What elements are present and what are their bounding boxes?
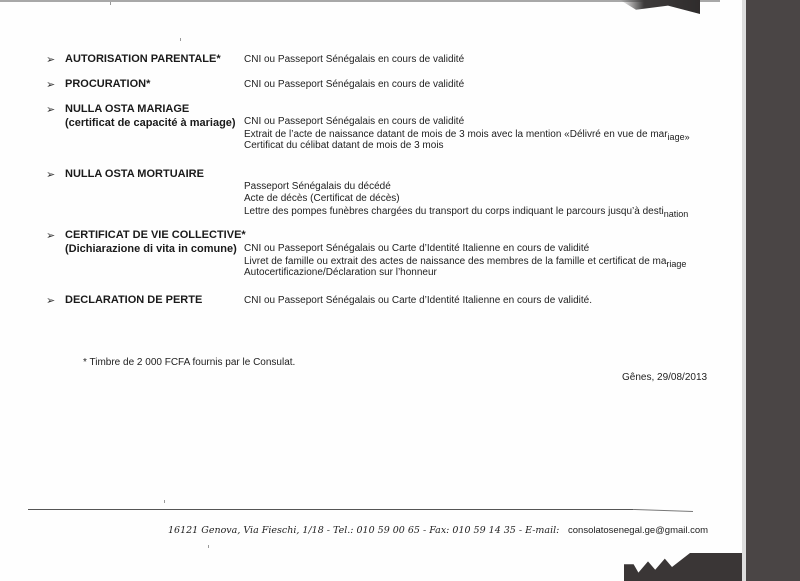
document-line: CNI ou Passeport Sénégalais ou Carte d’I… xyxy=(244,243,686,255)
date-value: 29/08/2013 xyxy=(657,372,707,383)
document-line: Passeport Sénégalais du décédé xyxy=(244,181,688,193)
document-line: CNI ou Passeport Sénégalais en cours de … xyxy=(244,54,464,66)
entry-title: PROCURATION* xyxy=(65,78,150,91)
entry-title: CERTIFICAT DE VIE COLLECTIVE* xyxy=(65,229,246,242)
page-edge-shadow xyxy=(742,0,746,581)
entry-subtitle: (certificat de capacité à mariage) xyxy=(65,117,236,130)
place-and-date: Gênes, 29/08/2013 xyxy=(622,372,707,383)
document-line: Livret de famille ou extrait des actes d… xyxy=(244,255,686,267)
entry-title: NULLA OSTA MORTUAIRE xyxy=(65,168,204,181)
scanned-page: ➢ AUTORISATION PARENTALE* CNI ou Passepo… xyxy=(0,0,743,581)
scanner-dark-border xyxy=(742,0,800,581)
date-city: Gênes, xyxy=(622,372,654,383)
footer-email: consolatosenegal.ge@gmail.com xyxy=(568,525,708,536)
arrow-bullet-icon: ➢ xyxy=(46,53,55,66)
required-documents: CNI ou Passeport Sénégalais en cours de … xyxy=(244,116,690,152)
required-documents: Passeport Sénégalais du décédé Acte de d… xyxy=(244,181,688,217)
document-line: Extrait de l’acte de naissance datant de… xyxy=(244,128,690,140)
required-documents: CNI ou Passeport Sénégalais ou Carte d’I… xyxy=(244,243,686,279)
arrow-bullet-icon: ➢ xyxy=(46,78,55,91)
required-documents: CNI ou Passeport Sénégalais en cours de … xyxy=(244,79,464,91)
document-line: Autocertificazione/Déclaration sur l’hon… xyxy=(244,267,686,279)
arrow-bullet-icon: ➢ xyxy=(46,103,55,116)
footer-divider-torn xyxy=(633,509,693,512)
required-documents: CNI ou Passeport Sénégalais ou Carte d’I… xyxy=(244,295,592,307)
document-line: CNI ou Passeport Sénégalais en cours de … xyxy=(244,116,690,128)
footer-contact: 16121 Genova, Via Fieschi, 1/18 - Tel.: … xyxy=(168,525,708,536)
arrow-bullet-icon: ➢ xyxy=(46,168,55,181)
entry-title: NULLA OSTA MARIAGE xyxy=(65,103,189,116)
document-line: Lettre des pompes funèbres chargées du t… xyxy=(244,205,688,217)
arrow-bullet-icon: ➢ xyxy=(46,229,55,242)
stamp-note: * Timbre de 2 000 FCFA fournis par le Co… xyxy=(83,357,295,368)
document-line: CNI ou Passeport Sénégalais en cours de … xyxy=(244,79,464,91)
document-line: Certificat du célibat datant de mois de … xyxy=(244,140,690,152)
footer-divider xyxy=(28,509,633,510)
entry-subtitle: (Dichiarazione di vita in comune) xyxy=(65,243,237,256)
footer-address: 16121 Genova, Via Fieschi, 1/18 - Tel.: … xyxy=(168,525,559,536)
document-line: Acte de décès (Certificat de décès) xyxy=(244,193,688,205)
required-documents: CNI ou Passeport Sénégalais en cours de … xyxy=(244,54,464,66)
entry-title: AUTORISATION PARENTALE* xyxy=(65,53,221,66)
arrow-bullet-icon: ➢ xyxy=(46,294,55,307)
document-line: CNI ou Passeport Sénégalais ou Carte d’I… xyxy=(244,295,592,307)
entry-title: DECLARATION DE PERTE xyxy=(65,294,202,307)
page-top-edge xyxy=(0,0,720,2)
